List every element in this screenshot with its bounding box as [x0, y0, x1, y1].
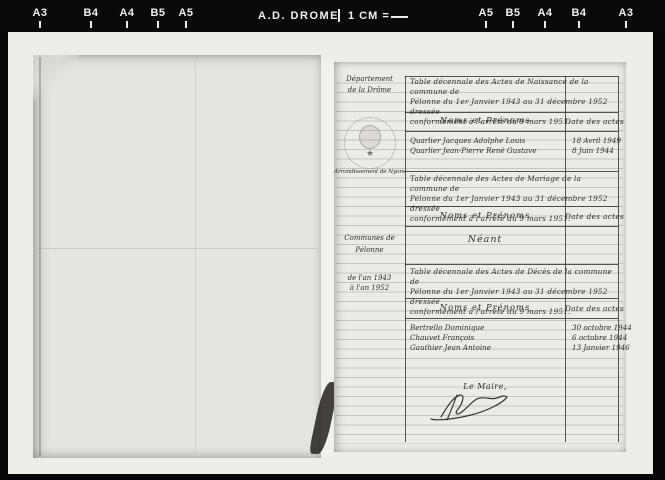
table-rule — [405, 318, 618, 319]
ruler-tick — [512, 21, 514, 28]
ruler-tick — [578, 21, 580, 28]
years-range-line2: à l'an 1952 — [334, 284, 405, 292]
ruler-tick — [185, 21, 187, 28]
table-border-right — [618, 76, 619, 442]
marriages-header-names: Noms et Prénoms — [405, 210, 565, 220]
birth-entry-date: 18 Avril 1949 — [572, 136, 621, 145]
mayor-signature — [427, 389, 517, 423]
department-label-line2: de la Drôme — [334, 86, 405, 94]
death-entry-date: 30 octobre 1944 — [572, 323, 632, 332]
format-mark-a5-left: A5 — [178, 7, 193, 19]
death-entry-name: Bertrello Dominique — [410, 323, 484, 332]
register-page-decennial-tables: Département de la Drôme ★ Arrondissement… — [334, 62, 626, 452]
table-rule — [405, 264, 618, 265]
ruler-tick — [157, 21, 159, 28]
format-mark-b4-left: B4 — [83, 7, 98, 19]
birth-entry-name: Quarlier Jean-Pierre René Gustave — [410, 146, 536, 155]
ruler-separator-bar — [338, 9, 340, 22]
fold-crease-vertical — [195, 59, 196, 454]
format-mark-a4-left: A4 — [119, 7, 134, 19]
table-rule — [405, 171, 618, 172]
deaths-header-dates: Date des actes — [565, 304, 618, 313]
format-mark-b5-left: B5 — [150, 7, 165, 19]
film-frame-right — [653, 0, 665, 480]
film-frame-left — [0, 0, 8, 480]
births-title-line2: Pélonne du 1er Janvier 1943 au 31 décemb… — [410, 97, 618, 117]
deaths-title-line1: Table décennale des Actes de Décès de la… — [410, 267, 618, 287]
birth-entry-name: Quarlier Jacques Adolphe Louis — [410, 136, 525, 145]
register-photo-area: Département de la Drôme ★ Arrondissement… — [8, 32, 653, 474]
ruler-tick — [485, 21, 487, 28]
ruler-tick — [625, 21, 627, 28]
ruler-tick — [90, 21, 92, 28]
register-page-left-blank — [33, 55, 321, 458]
commune-seal-stamp: ★ — [344, 117, 396, 169]
seal-effigy — [359, 125, 381, 149]
format-mark-a3-left: A3 — [32, 7, 47, 19]
ruler-tick — [126, 21, 128, 28]
death-entry-name: Chauvet François — [410, 333, 474, 342]
arrondissement-label: Arrondissement de Nyons — [334, 169, 405, 175]
birth-entry-date: 8 Juin 1944 — [572, 146, 614, 155]
page-edge-line — [39, 57, 41, 456]
marriages-title-line1: Table décennale des Actes de Mariage de … — [410, 174, 618, 194]
deaths-header-names: Noms et Prénoms — [405, 302, 565, 312]
format-mark-a3-right: A3 — [618, 7, 633, 19]
department-label-line1: Département — [334, 75, 405, 83]
death-entry-name: Gauthier Jean Antoine — [410, 343, 491, 352]
format-mark-a4-right: A4 — [537, 7, 552, 19]
calibration-ruler-bar: A3 B4 A4 B5 A5 A.D. DROME 1 CM = A5 B5 A… — [0, 0, 665, 32]
marriages-none-note: Néant — [405, 234, 565, 245]
commune-label-line2: Pélonne — [334, 246, 405, 254]
marriages-header-dates: Date des actes — [565, 212, 618, 221]
births-header-dates: Date des actes — [565, 117, 618, 126]
format-mark-b4-right: B4 — [571, 7, 586, 19]
table-rule — [405, 226, 618, 227]
fold-crease-horizontal — [37, 248, 317, 249]
film-frame-bottom — [0, 474, 665, 480]
death-entry-date: 13 Janvier 1946 — [572, 343, 630, 352]
format-mark-a5-right: A5 — [478, 7, 493, 19]
ruler-tick — [39, 21, 41, 28]
ruler-tick — [544, 21, 546, 28]
archive-name-label: A.D. DROME — [258, 10, 339, 22]
commune-label-line1: Communes de — [334, 234, 405, 242]
scale-label: 1 CM = — [348, 10, 390, 22]
births-header-names: Noms et Prénoms — [405, 115, 565, 125]
format-mark-b5-right: B5 — [505, 7, 520, 19]
death-entry-date: 6 octobre 1944 — [572, 333, 627, 342]
one-cm-scale-bar — [391, 16, 408, 18]
births-title-line1: Table décennale des Actes de Naissance d… — [410, 77, 618, 97]
years-range-line1: de l'an 1943 — [334, 274, 405, 282]
table-rule — [405, 131, 618, 132]
star-icon: ★ — [345, 149, 395, 159]
